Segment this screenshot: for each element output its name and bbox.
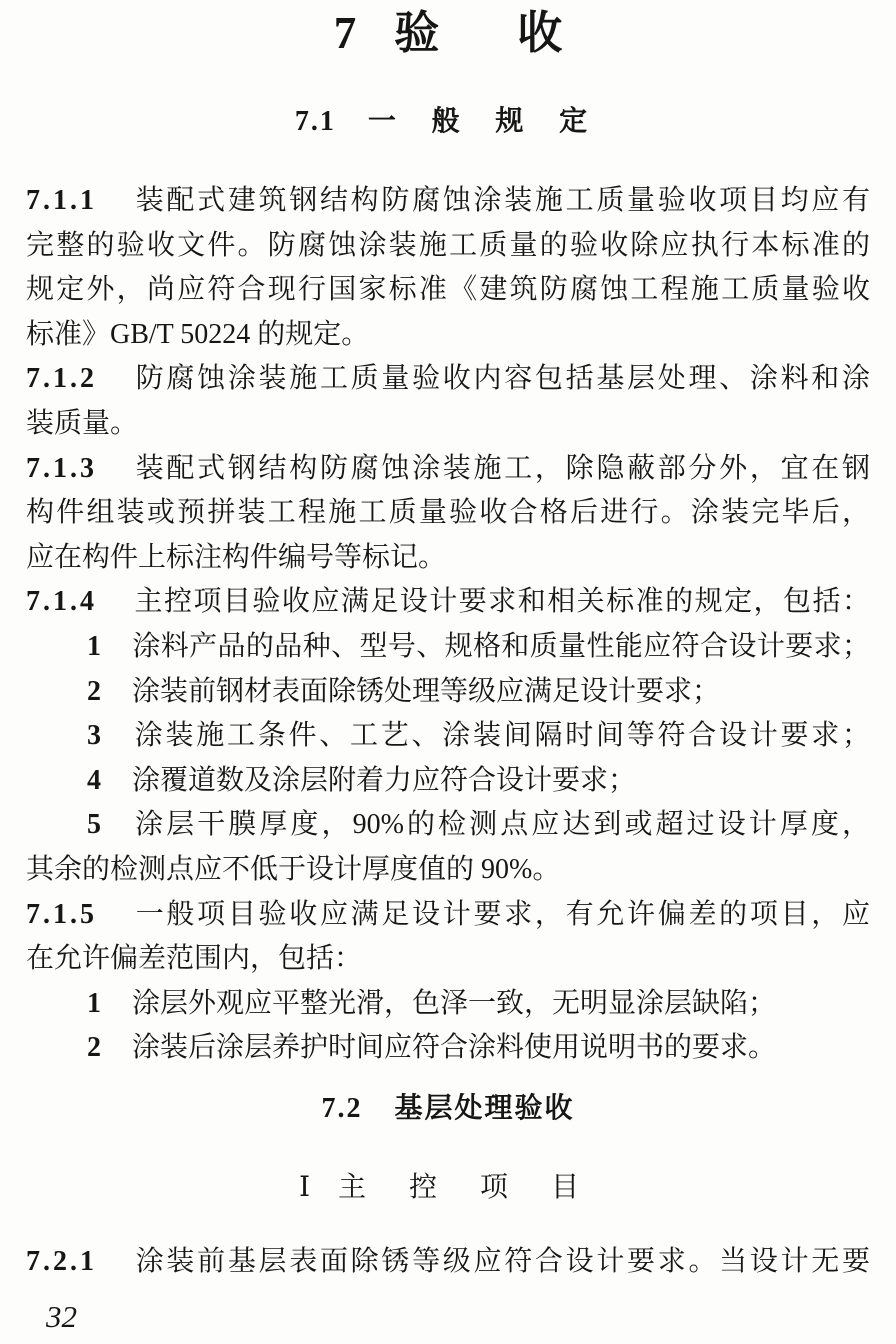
- subsection-heading: Ⅰ主 控 项 目: [0, 1172, 896, 1204]
- section-title: 一 般 规 定: [368, 105, 601, 136]
- body-line: 其余的检测点应不低于设计厚度值的 90%。: [26, 848, 870, 893]
- line-text: 一般项目验收应满足设计要求，有允许偏差的项目，应: [133, 899, 870, 930]
- item-line: 4涂覆道数及涂层附着力应符合设计要求；: [26, 759, 870, 804]
- item-line: 2涂装后涂层养护时间应符合涂料使用说明书的要求。: [26, 1026, 870, 1071]
- body-line: 规定外，尚应符合现行国家标准《建筑防腐蚀工程施工质量验收: [26, 268, 870, 313]
- chapter-title-char-2: 收: [517, 8, 562, 58]
- line-text: 涂层外观应平整光滑，色泽一致，无明显涂层缺陷；: [132, 988, 776, 1019]
- line-text: 涂装后涂层养护时间应符合涂料使用说明书的要求。: [132, 1032, 776, 1063]
- line-text: 在允许偏差范围内，包括：: [26, 943, 362, 974]
- clause-number: 7.1.5: [26, 893, 133, 938]
- item-line: 1涂料产品的品种、型号、规格和质量性能应符合设计要求；: [26, 625, 870, 670]
- clause-number: 7.1.3: [26, 447, 133, 492]
- item-number: 4: [87, 759, 132, 804]
- item-number: 2: [87, 670, 132, 715]
- subsection-numeral: Ⅰ: [299, 1172, 310, 1203]
- section-title: 基层处理验收: [394, 1092, 574, 1123]
- line-text: 标准》GB/T 50224 的规定。: [26, 319, 369, 350]
- item-line: 1涂层外观应平整光滑，色泽一致，无明显涂层缺陷；: [26, 982, 870, 1027]
- item-number: 1: [87, 982, 132, 1027]
- clause-line: 7.1.1装配式建筑钢结构防腐蚀涂装施工质量验收项目均应有: [26, 179, 870, 224]
- section-heading-7-1: 7.1一 般 规 定: [0, 104, 896, 139]
- line-text: 涂装前基层表面除锈等级应符合设计要求。当设计无要: [133, 1246, 870, 1277]
- section-heading-7-2: 7.2基层处理验收: [0, 1091, 896, 1126]
- clause-line: 7.1.4主控项目验收应满足设计要求和相关标准的规定，包括：: [26, 580, 870, 625]
- clause-number: 7.2.1: [26, 1240, 133, 1285]
- line-text: 其余的检测点应不低于设计厚度值的 90%。: [26, 854, 560, 885]
- body-line: 标准》GB/T 50224 的规定。: [26, 313, 870, 358]
- item-number: 3: [87, 714, 132, 759]
- body-line: 在允许偏差范围内，包括：: [26, 937, 870, 982]
- clause-number: 7.1.2: [26, 357, 133, 402]
- line-text: 完整的验收文件。防腐蚀涂装施工质量的验收除应执行本标准的: [26, 230, 870, 261]
- line-text: 主控项目验收应满足设计要求和相关标准的规定，包括：: [133, 586, 870, 617]
- item-line: 5涂层干膜厚度，90%的检测点应达到或超过设计厚度，: [26, 803, 870, 848]
- clause-number: 7.1.1: [26, 179, 133, 224]
- line-text: 装配式钢结构防腐蚀涂装施工，除隐蔽部分外，宜在钢: [133, 453, 870, 484]
- document-page: 7 验 收 7.1一 般 规 定 7.1.1装配式建筑钢结构防腐蚀涂装施工质量验…: [0, 0, 896, 1344]
- line-text: 涂层干膜厚度，90%的检测点应达到或超过设计厚度，: [132, 809, 870, 840]
- body-line: 装质量。: [26, 402, 870, 447]
- chapter-title-char-1: 验: [394, 8, 439, 58]
- line-text: 构件组装或预拼装工程施工质量验收合格后进行。涂装完毕后，: [26, 497, 870, 528]
- line-text: 装配式建筑钢结构防腐蚀涂装施工质量验收项目均应有: [133, 185, 870, 216]
- clause-line: 7.2.1涂装前基层表面除锈等级应符合设计要求。当设计无要: [26, 1240, 870, 1285]
- line-text: 规定外，尚应符合现行国家标准《建筑防腐蚀工程施工质量验收: [26, 274, 870, 305]
- body-line: 完整的验收文件。防腐蚀涂装施工质量的验收除应执行本标准的: [26, 224, 870, 269]
- line-text: 防腐蚀涂装施工质量验收内容包括基层处理、涂料和涂: [133, 363, 870, 394]
- body-line: 应在构件上标注构件编号等标记。: [26, 536, 870, 581]
- line-text: 装质量。: [26, 408, 138, 439]
- item-line: 3涂装施工条件、工艺、涂装间隔时间等符合设计要求；: [26, 714, 870, 759]
- line-text: 应在构件上标注构件编号等标记。: [26, 542, 446, 573]
- clause-line: 7.1.2防腐蚀涂装施工质量验收内容包括基层处理、涂料和涂: [26, 357, 870, 402]
- item-line: 2涂装前钢材表面除锈处理等级应满足设计要求；: [26, 670, 870, 715]
- line-text: 涂装前钢材表面除锈处理等级应满足设计要求；: [132, 676, 720, 707]
- section-number: 7.1: [295, 106, 336, 137]
- clause-line: 7.1.5一般项目验收应满足设计要求，有允许偏差的项目，应: [26, 893, 870, 938]
- chapter-title: 7 验 收: [0, 0, 896, 58]
- line-text: 涂覆道数及涂层附着力应符合设计要求；: [132, 765, 636, 796]
- item-number: 1: [87, 625, 132, 670]
- clause-721-block: 7.2.1涂装前基层表面除锈等级应符合设计要求。当设计无要: [26, 1240, 870, 1285]
- section-number: 7.2: [321, 1093, 362, 1124]
- clause-number: 7.1.4: [26, 580, 133, 625]
- item-number: 5: [87, 803, 132, 848]
- line-text: 涂装施工条件、工艺、涂装间隔时间等符合设计要求；: [132, 720, 870, 751]
- clause-line: 7.1.3装配式钢结构防腐蚀涂装施工，除隐蔽部分外，宜在钢: [26, 447, 870, 492]
- line-text: 涂料产品的品种、型号、规格和质量性能应符合设计要求；: [132, 631, 870, 662]
- subsection-title: 主 控 项 目: [338, 1172, 597, 1203]
- body-line: 构件组装或预拼装工程施工质量验收合格后进行。涂装完毕后，: [26, 491, 870, 536]
- item-number: 2: [87, 1026, 132, 1071]
- page-number: 32: [46, 1300, 896, 1334]
- body-text: 7.1.1装配式建筑钢结构防腐蚀涂装施工质量验收项目均应有 完整的验收文件。防腐…: [26, 179, 870, 1071]
- chapter-number: 7: [334, 8, 357, 58]
